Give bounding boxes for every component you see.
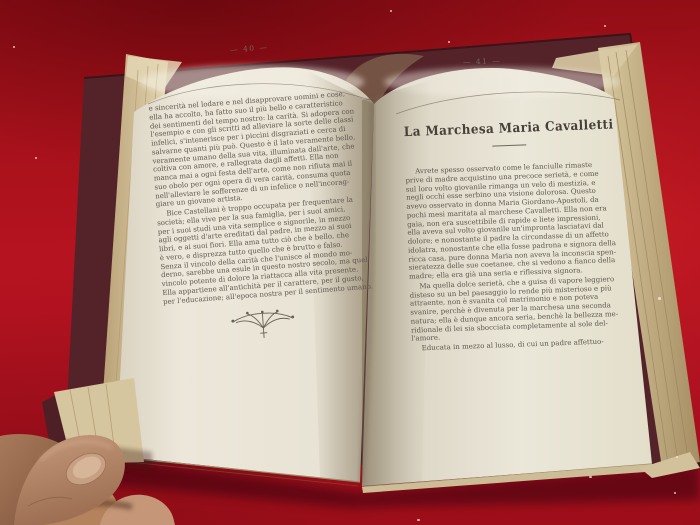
hand-art-layer xyxy=(0,0,700,525)
photo-open-antique-book: — 40 — e sincerità nel lodare e nel disa… xyxy=(0,0,700,525)
